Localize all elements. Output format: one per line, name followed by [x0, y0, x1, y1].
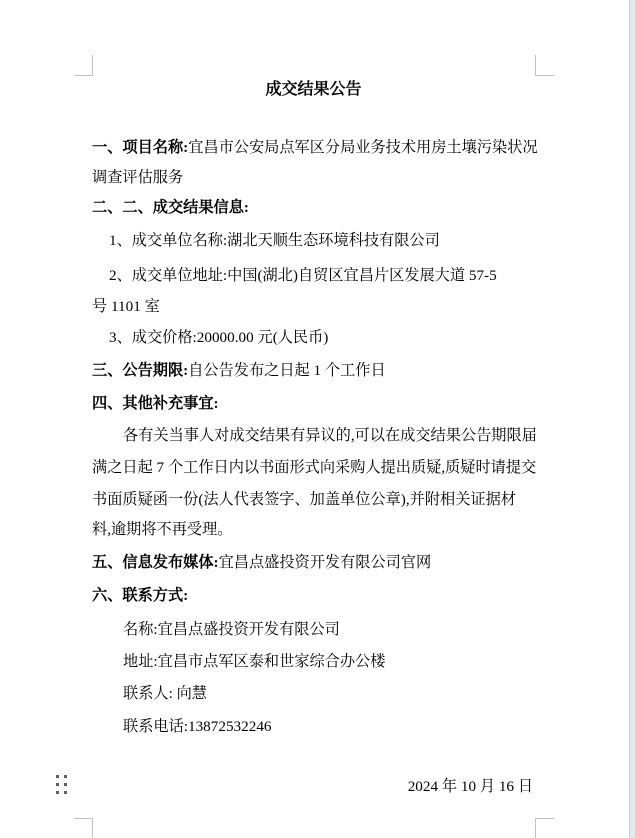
section5-label: 五、信息发布媒体:	[92, 554, 219, 571]
dot	[56, 775, 59, 778]
section3-label: 三、公告期限:	[92, 362, 188, 379]
section4-line1: 各有关当事人对成交结果有异议的,可以在成交结果公告期限届	[123, 427, 566, 444]
scrollbar-track[interactable]	[629, 0, 635, 838]
document-page: 成交结果公告 一、项目名称:宜昌市公安局点军区分局业务技术用房土壤污染状况 调查…	[0, 0, 635, 838]
section3-value: 自公告发布之日起 1 个工作日	[188, 362, 385, 379]
section4-line3: 书面质疑函一份(法人代表签字、加盖单位公章),并附相关证据材	[92, 491, 535, 508]
section1-value: 宜昌市公安局点军区分局业务技术用房土壤污染状况	[188, 139, 537, 156]
section3-line: 三、公告期限:自公告发布之日起 1 个工作日	[92, 362, 535, 379]
dot	[64, 783, 67, 786]
section2-item1: 1、成交单位名称:湖北天顺生态环境科技有限公司	[109, 232, 552, 249]
dot	[56, 791, 59, 794]
section5-line: 五、信息发布媒体:宜昌点盛投资开发有限公司官网	[92, 554, 535, 571]
page-title: 成交结果公告	[92, 81, 535, 98]
dot	[56, 783, 59, 786]
crop-mark-bottom-left-icon	[74, 818, 93, 838]
section4-line2: 满之日起 7 个工作日内以书面形式向采购人提出质疑,质疑时请提交	[92, 459, 535, 476]
section6-heading: 六、联系方式:	[92, 587, 535, 604]
section2-item2-line1: 2、成交单位地址:中国(湖北)自贸区宜昌片区发展大道 57-5	[109, 267, 552, 284]
document-date: 2024 年 10 月 16 日	[92, 778, 535, 795]
contact-person: 联系人: 向慧	[123, 685, 566, 702]
drag-handle-dots-icon[interactable]	[56, 775, 67, 794]
dot	[64, 775, 67, 778]
section4-heading: 四、其他补充事宜:	[92, 395, 535, 412]
contact-name: 名称:宜昌点盛投资开发有限公司	[123, 621, 566, 638]
section5-value: 宜昌点盛投资开发有限公司官网	[219, 554, 432, 571]
section1-line1: 一、项目名称:宜昌市公安局点军区分局业务技术用房土壤污染状况	[92, 139, 535, 156]
section2-item2-line2: 号 1101 室	[92, 298, 535, 315]
section4-line4: 料,逾期将不再受理。	[92, 521, 535, 538]
section2-item3: 3、成交价格:20000.00 元(人民币)	[109, 329, 552, 346]
crop-mark-bottom-right-icon	[535, 818, 554, 838]
contact-phone: 联系电话:13872532246	[123, 718, 566, 735]
contact-address: 地址:宜昌市点军区泰和世家综合办公楼	[123, 653, 566, 670]
section1-line2: 调查评估服务	[92, 169, 535, 186]
section1-label: 一、项目名称:	[92, 139, 188, 156]
dot	[64, 791, 67, 794]
section2-heading: 二、二、成交结果信息:	[92, 199, 535, 216]
crop-mark-top-left-icon	[74, 55, 93, 76]
crop-mark-top-right-icon	[535, 55, 554, 76]
